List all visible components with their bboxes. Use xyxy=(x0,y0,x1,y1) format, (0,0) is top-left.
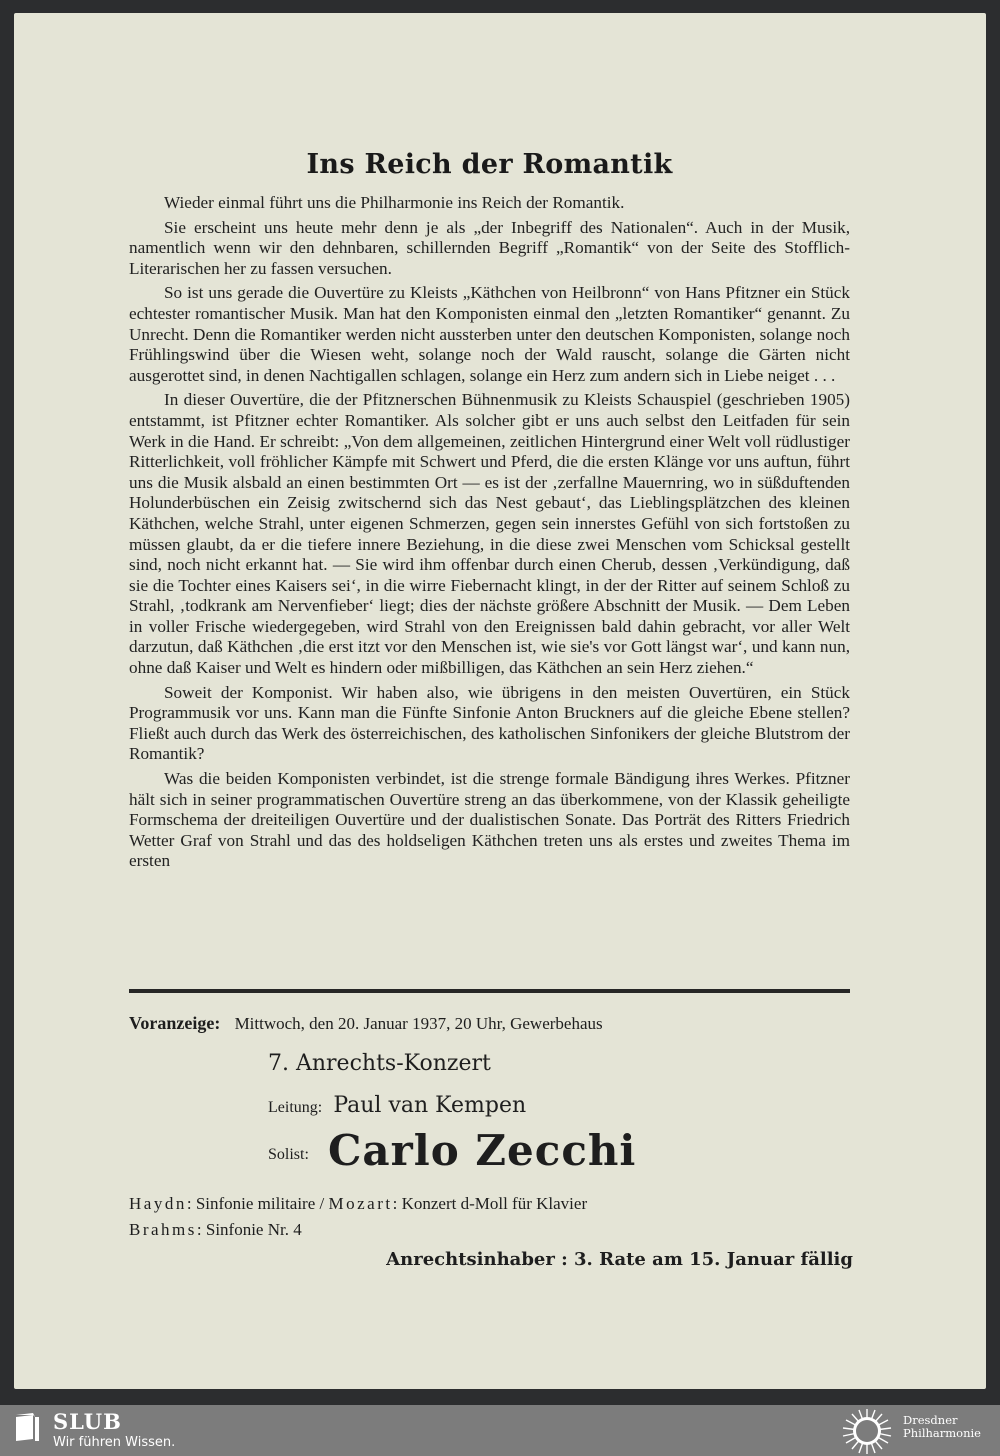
separator: / xyxy=(315,1194,328,1213)
slub-tagline: Wir führen Wissen. xyxy=(53,1435,175,1450)
date-venue: Mittwoch, den 20. Januar 1937, 20 Uhr, G… xyxy=(235,1014,603,1033)
slub-logo-text[interactable]: SLUB xyxy=(53,1409,122,1434)
scan-area: Ins Reich der Romantik Wieder einmal füh… xyxy=(0,0,1000,1405)
conductor-name: Paul van Kempen xyxy=(333,1093,526,1118)
paragraph: In dieser Ouvertüre, die der Pfitznersch… xyxy=(129,390,850,678)
soloist-label: Solist: xyxy=(268,1146,309,1163)
program-line: Haydn: Sinfonie militaire / Mozart: Konz… xyxy=(129,1191,587,1217)
soloist-line: Solist: Carlo Zecchi xyxy=(268,1126,636,1175)
paragraph: Sie erscheint uns heute mehr denn je als… xyxy=(129,218,850,280)
horizontal-rule xyxy=(129,989,850,993)
work: Konzert d-Moll für Klavier xyxy=(402,1194,588,1213)
composer: Haydn xyxy=(129,1194,187,1213)
composer: Brahms xyxy=(129,1220,197,1239)
philharmonie-sunburst-icon[interactable] xyxy=(840,1407,894,1455)
footer-bar: SLUB Wir führen Wissen. Dresdner P xyxy=(0,1405,1000,1456)
paragraph: So ist uns gerade die Ouvertüre zu Kleis… xyxy=(129,283,850,386)
preannouncement-label: Voranzeige: xyxy=(129,1013,220,1033)
paragraph: Wieder einmal führt uns die Philharmonie… xyxy=(129,193,850,214)
concert-announcement: Voranzeige: Mittwoch, den 20. Januar 193… xyxy=(129,1013,850,1034)
program-list: Haydn: Sinfonie militaire / Mozart: Konz… xyxy=(129,1191,587,1243)
paragraph: Soweit der Komponist. Wir haben also, wi… xyxy=(129,683,850,765)
slub-book-icon[interactable] xyxy=(13,1413,41,1443)
colon: : xyxy=(187,1194,196,1213)
program-line: Brahms: Sinfonie Nr. 4 xyxy=(129,1217,587,1243)
concert-title: 7. Anrechts-Konzert xyxy=(268,1051,491,1076)
payment-note: Anrechtsinhaber : 3. Rate am 15. Januar … xyxy=(386,1249,853,1270)
composer: Mozart xyxy=(329,1194,393,1213)
colon: : xyxy=(393,1194,402,1213)
page-title: Ins Reich der Romantik xyxy=(129,149,850,180)
philharmonie-logo-text[interactable]: Dresdner Philharmonie xyxy=(903,1414,981,1440)
conductor-line: Leitung: Paul van Kempen xyxy=(268,1093,526,1118)
work: Sinfonie Nr. 4 xyxy=(206,1220,302,1239)
philharmonie-line2: Philharmonie xyxy=(903,1427,981,1440)
conductor-label: Leitung: xyxy=(268,1099,322,1116)
colon: : xyxy=(197,1220,206,1239)
article-body: Wieder einmal führt uns die Philharmonie… xyxy=(129,193,850,876)
paragraph: Was die beiden Komponisten verbindet, is… xyxy=(129,769,850,872)
work: Sinfonie militaire xyxy=(196,1194,315,1213)
preannouncement-line: Voranzeige: Mittwoch, den 20. Januar 193… xyxy=(129,1013,850,1034)
soloist-name: Carlo Zecchi xyxy=(328,1126,636,1175)
paper-sheet: Ins Reich der Romantik Wieder einmal füh… xyxy=(14,13,986,1389)
